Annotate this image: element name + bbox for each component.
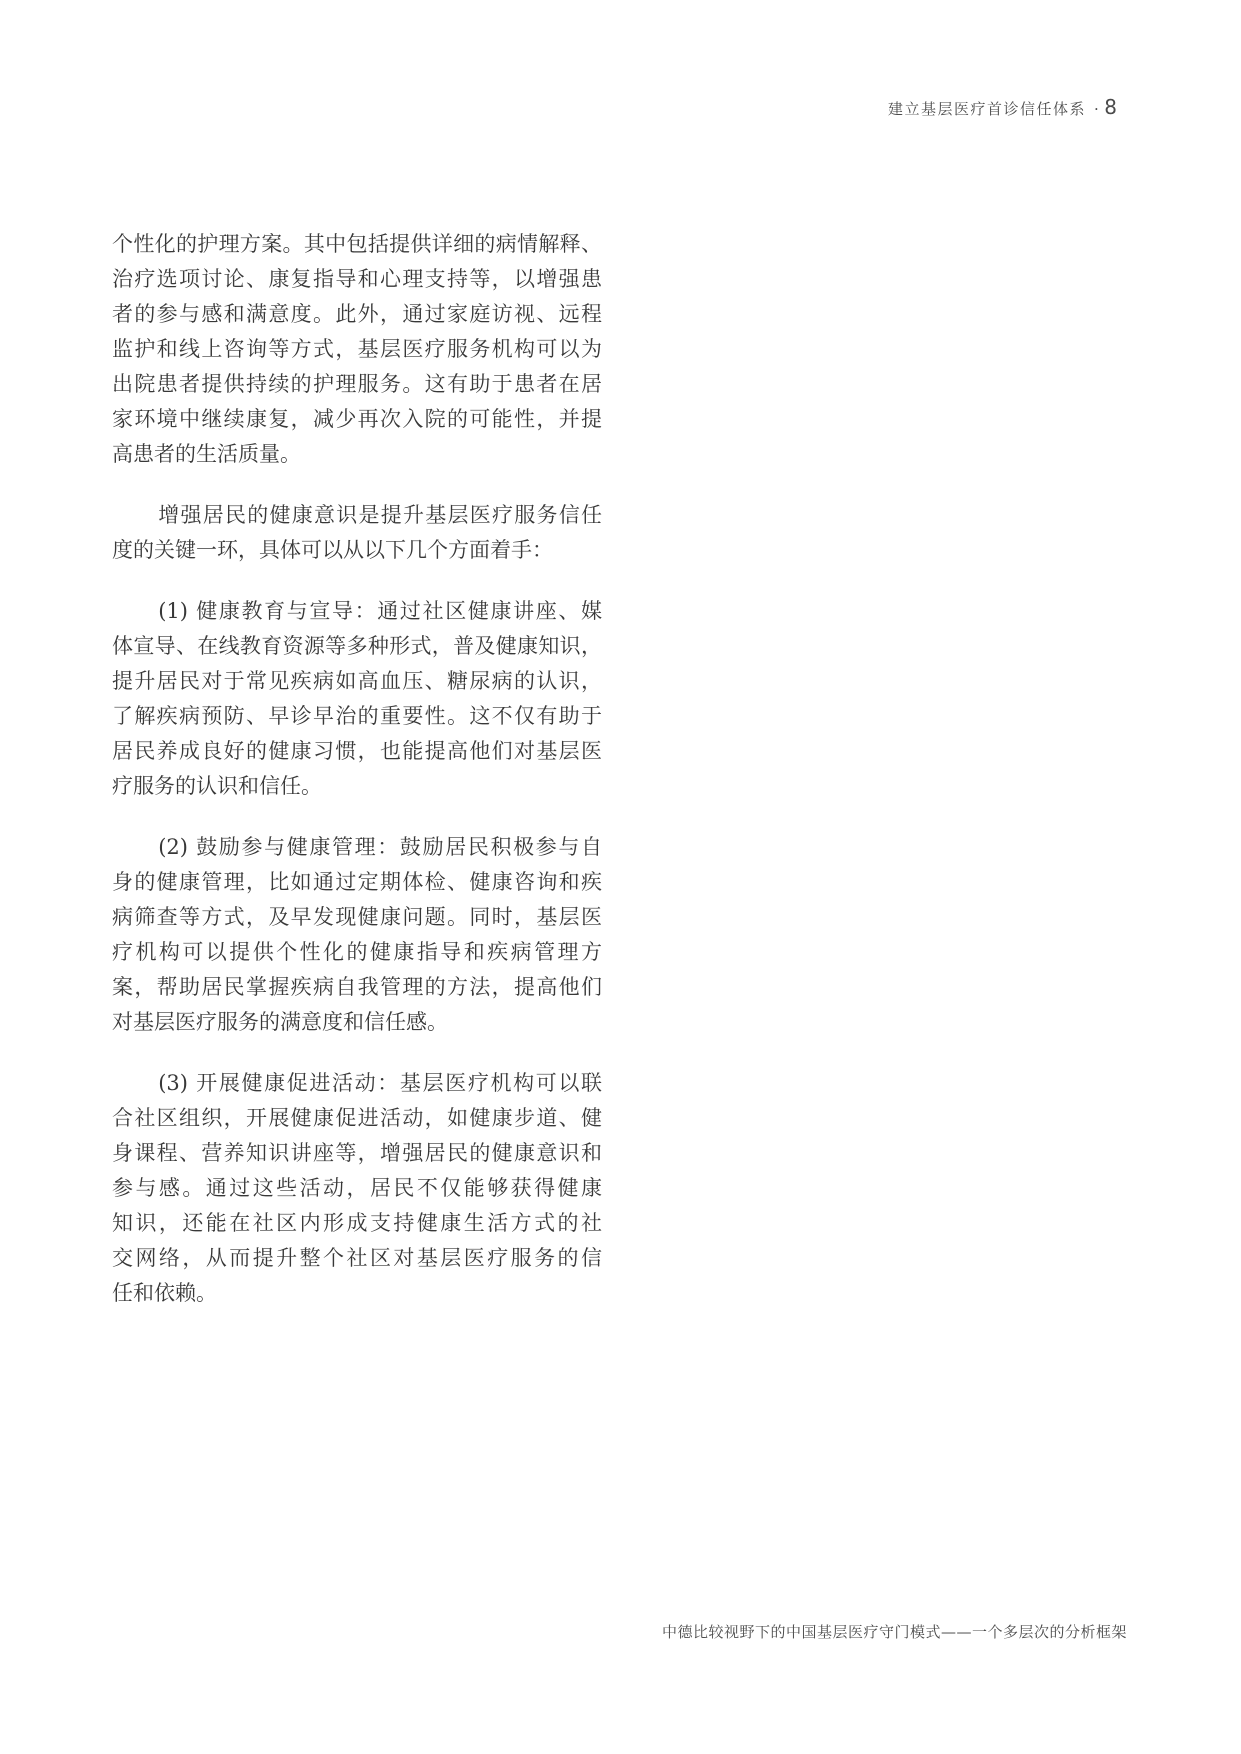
body-text-line: 监护和线上咨询等方式，基层医疗服务机构可以为 bbox=[112, 332, 602, 367]
body-text-line: (3) 开展健康促进活动：基层医疗机构可以联 bbox=[112, 1066, 602, 1101]
page-number: 8 bbox=[1104, 95, 1117, 119]
paragraph: (3) 开展健康促进活动：基层医疗机构可以联合社区组织，开展健康促进活动，如健康… bbox=[112, 1066, 602, 1311]
body-text-line: 个性化的护理方案。其中包括提供详细的病情解释、 bbox=[112, 227, 602, 262]
body-text-line: 了解疾病预防、早诊早治的重要性。这不仅有助于 bbox=[112, 699, 602, 734]
body-text-line: 对基层医疗服务的满意度和信任感。 bbox=[112, 1005, 602, 1040]
body-text-line: (2) 鼓励参与健康管理：鼓励居民积极参与自 bbox=[112, 830, 602, 865]
body-text-line: 参与感。通过这些活动，居民不仅能够获得健康 bbox=[112, 1171, 602, 1206]
body-text-line: (1) 健康教育与宣导：通过社区健康讲座、媒 bbox=[112, 594, 602, 629]
body-text-line: 体宣导、在线教育资源等多种形式，普及健康知识， bbox=[112, 629, 602, 664]
body-text-line: 度的关键一环，具体可以从以下几个方面着手： bbox=[112, 533, 602, 568]
paragraph: (2) 鼓励参与健康管理：鼓励居民积极参与自身的健康管理，比如通过定期体检、健康… bbox=[112, 830, 602, 1040]
body-text-line: 高患者的生活质量。 bbox=[112, 437, 602, 472]
body-text: 个性化的护理方案。其中包括提供详细的病情解释、治疗选项讨论、康复指导和心理支持等… bbox=[112, 227, 602, 1311]
body-text-line: 增强居民的健康意识是提升基层医疗服务信任 bbox=[112, 498, 602, 533]
body-text-line: 任和依赖。 bbox=[112, 1276, 602, 1311]
body-text-line: 疗机构可以提供个性化的健康指导和疾病管理方 bbox=[112, 935, 602, 970]
header-separator-dot: · bbox=[1094, 100, 1100, 118]
paragraph: 增强居民的健康意识是提升基层医疗服务信任度的关键一环，具体可以从以下几个方面着手… bbox=[112, 498, 602, 568]
body-text-line: 身课程、营养知识讲座等，增强居民的健康意识和 bbox=[112, 1136, 602, 1171]
body-text-line: 病筛查等方式，及早发现健康问题。同时，基层医 bbox=[112, 900, 602, 935]
body-text-line: 家环境中继续康复，减少再次入院的可能性，并提 bbox=[112, 402, 602, 437]
paragraph: 个性化的护理方案。其中包括提供详细的病情解释、治疗选项讨论、康复指导和心理支持等… bbox=[112, 227, 602, 472]
paragraph: (1) 健康教育与宣导：通过社区健康讲座、媒体宣导、在线教育资源等多种形式，普及… bbox=[112, 594, 602, 804]
body-text-line: 知识，还能在社区内形成支持健康生活方式的社 bbox=[112, 1206, 602, 1241]
body-text-line: 身的健康管理，比如通过定期体检、健康咨询和疾 bbox=[112, 865, 602, 900]
body-text-line: 合社区组织，开展健康促进活动，如健康步道、健 bbox=[112, 1101, 602, 1136]
body-text-line: 提升居民对于常见疾病如高血压、糖尿病的认识， bbox=[112, 664, 602, 699]
body-text-line: 出院患者提供持续的护理服务。这有助于患者在居 bbox=[112, 367, 602, 402]
document-page: 建立基层医疗首诊信任体系 · 8 个性化的护理方案。其中包括提供详细的病情解释、… bbox=[0, 0, 1241, 1754]
body-text-line: 者的参与感和满意度。此外，通过家庭访视、远程 bbox=[112, 297, 602, 332]
body-text-line: 案，帮助居民掌握疾病自我管理的方法，提高他们 bbox=[112, 970, 602, 1005]
body-text-line: 交网络，从而提升整个社区对基层医疗服务的信 bbox=[112, 1241, 602, 1276]
running-header: 建立基层医疗首诊信任体系 · 8 bbox=[888, 95, 1117, 119]
running-footer: 中德比较视野下的中国基层医疗守门模式——一个多层次的分析框架 bbox=[662, 1621, 1127, 1642]
body-text-line: 居民养成良好的健康习惯，也能提高他们对基层医 bbox=[112, 734, 602, 769]
running-header-title: 建立基层医疗首诊信任体系 bbox=[888, 98, 1086, 119]
body-text-line: 疗服务的认识和信任。 bbox=[112, 769, 602, 804]
body-text-line: 治疗选项讨论、康复指导和心理支持等，以增强患 bbox=[112, 262, 602, 297]
